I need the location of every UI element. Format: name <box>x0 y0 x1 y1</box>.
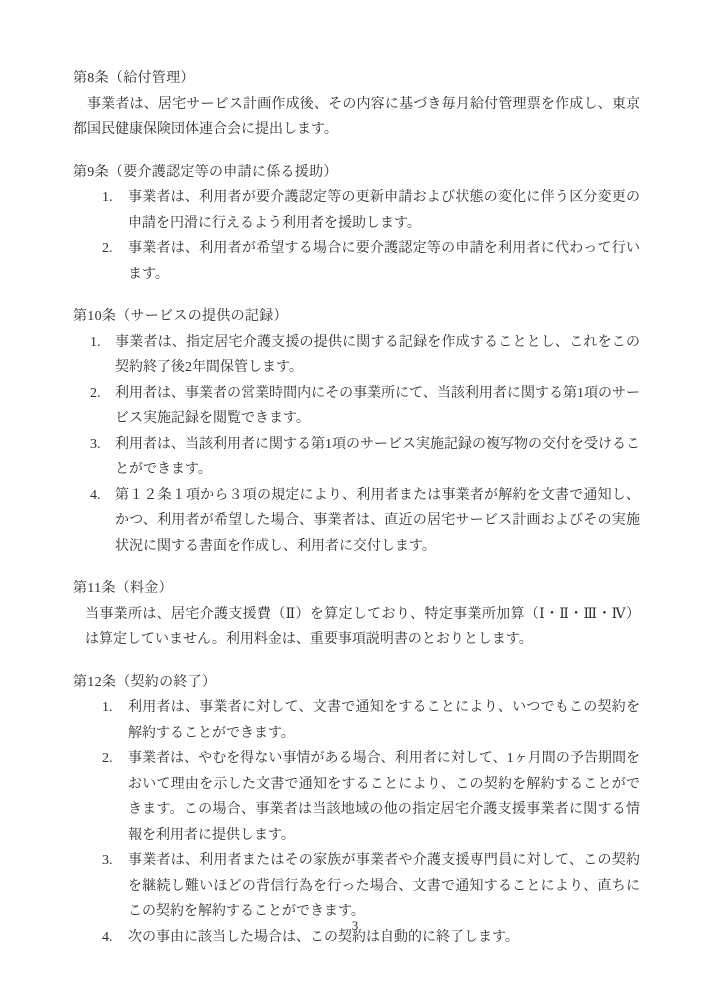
article: 第10条（サービスの提供の記録）1.事業者は、指定居宅介護支援の提供に関する記録… <box>73 304 640 559</box>
article-heading: 第10条（サービスの提供の記録） <box>73 304 640 330</box>
list-item-text: 事業者は、利用者またはその家族が事業者や介護支援専門員に対して、この契約を継続し… <box>128 848 640 925</box>
list-item-number: 1. <box>90 330 115 356</box>
list-item-number: 4. <box>90 483 115 509</box>
article-paragraph: 事業者は、居宅サービス計画作成後、その内容に基づき毎月給付管理票を作成し、東京都… <box>73 92 640 143</box>
list-item-number: 3. <box>102 848 128 874</box>
list-item-text: 事業者は、利用者が要介護認定等の更新申請および状態の変化に伴う区分変更の申請を円… <box>128 185 640 236</box>
list-item-text: 事業者は、利用者が希望する場合に要介護認定等の申請を利用者に代わって行います。 <box>128 236 640 287</box>
list-item: 3.事業者は、利用者またはその家族が事業者や介護支援専門員に対して、この契約を継… <box>73 848 640 925</box>
list-item: 1.事業者は、利用者が要介護認定等の更新申請および状態の変化に伴う区分変更の申請… <box>73 185 640 236</box>
list-item-text: 事業者は、やむを得ない事情がある場合、利用者に対して、1ヶ月間の予告期間をおいて… <box>128 746 640 848</box>
list-item: 1.利用者は、事業者に対して、文書で通知をすることにより、いつでもこの契約を解約… <box>73 695 640 746</box>
list-item-number: 1. <box>102 695 128 721</box>
article-heading: 第11条（料金） <box>73 576 640 602</box>
article-heading: 第9条（要介護認定等の申請に係る援助） <box>73 160 640 186</box>
list-item-number: 1. <box>102 185 128 211</box>
list-item-number: 3. <box>90 432 115 458</box>
list-item-text: 第１２条１項から３項の規定により、利用者または事業者が解約を文書で通知し、かつ、… <box>115 483 640 560</box>
list-item: 2.事業者は、利用者が希望する場合に要介護認定等の申請を利用者に代わって行います… <box>73 236 640 287</box>
list-item: 2.利用者は、事業者の営業時間内にその事業所にて、当該利用者に関する第1項のサー… <box>73 381 640 432</box>
article: 第12条（契約の終了）1.利用者は、事業者に対して、文書で通知をすることにより、… <box>73 670 640 951</box>
list-item-text: 利用者は、事業者の営業時間内にその事業所にて、当該利用者に関する第1項のサービス… <box>115 381 640 432</box>
page-number: 3 <box>0 918 710 934</box>
list-item: 1.事業者は、指定居宅介護支援の提供に関する記録を作成することとし、これをこの契… <box>73 330 640 381</box>
list-item: 3.利用者は、当該利用者に関する第1項のサービス実施記録の複写物の交付を受けるこ… <box>73 432 640 483</box>
article: 第8条（給付管理）事業者は、居宅サービス計画作成後、その内容に基づき毎月給付管理… <box>73 66 640 143</box>
list-item-number: 2. <box>102 236 128 262</box>
list-item-text: 事業者は、指定居宅介護支援の提供に関する記録を作成することとし、これをこの契約終… <box>115 330 640 381</box>
article-list: 1.事業者は、指定居宅介護支援の提供に関する記録を作成することとし、これをこの契… <box>73 330 640 560</box>
article: 第9条（要介護認定等の申請に係る援助）1.事業者は、利用者が要介護認定等の更新申… <box>73 160 640 288</box>
list-item-text: 利用者は、当該利用者に関する第1項のサービス実施記録の複写物の交付を受けることが… <box>115 432 640 483</box>
list-item: 4.第１２条１項から３項の規定により、利用者または事業者が解約を文書で通知し、か… <box>73 483 640 560</box>
list-item-number: 2. <box>102 746 128 772</box>
list-item-number: 2. <box>90 381 115 407</box>
list-item: 2.事業者は、やむを得ない事情がある場合、利用者に対して、1ヶ月間の予告期間をお… <box>73 746 640 848</box>
article-paragraph: 当事業所は、居宅介護支援費（Ⅱ）を算定しており、特定事業所加算（Ⅰ・Ⅱ・Ⅲ・Ⅳ）… <box>85 602 640 653</box>
document-page: 第8条（給付管理）事業者は、居宅サービス計画作成後、その内容に基づき毎月給付管理… <box>0 0 710 1004</box>
article-list: 1.利用者は、事業者に対して、文書で通知をすることにより、いつでもこの契約を解約… <box>73 695 640 950</box>
articles: 第8条（給付管理）事業者は、居宅サービス計画作成後、その内容に基づき毎月給付管理… <box>73 66 640 950</box>
article-list: 1.事業者は、利用者が要介護認定等の更新申請および状態の変化に伴う区分変更の申請… <box>73 185 640 287</box>
article-heading: 第12条（契約の終了） <box>73 670 640 696</box>
list-item-text: 利用者は、事業者に対して、文書で通知をすることにより、いつでもこの契約を解約する… <box>128 695 640 746</box>
article: 第11条（料金）当事業所は、居宅介護支援費（Ⅱ）を算定しており、特定事業所加算（… <box>73 576 640 653</box>
article-heading: 第8条（給付管理） <box>73 66 640 92</box>
